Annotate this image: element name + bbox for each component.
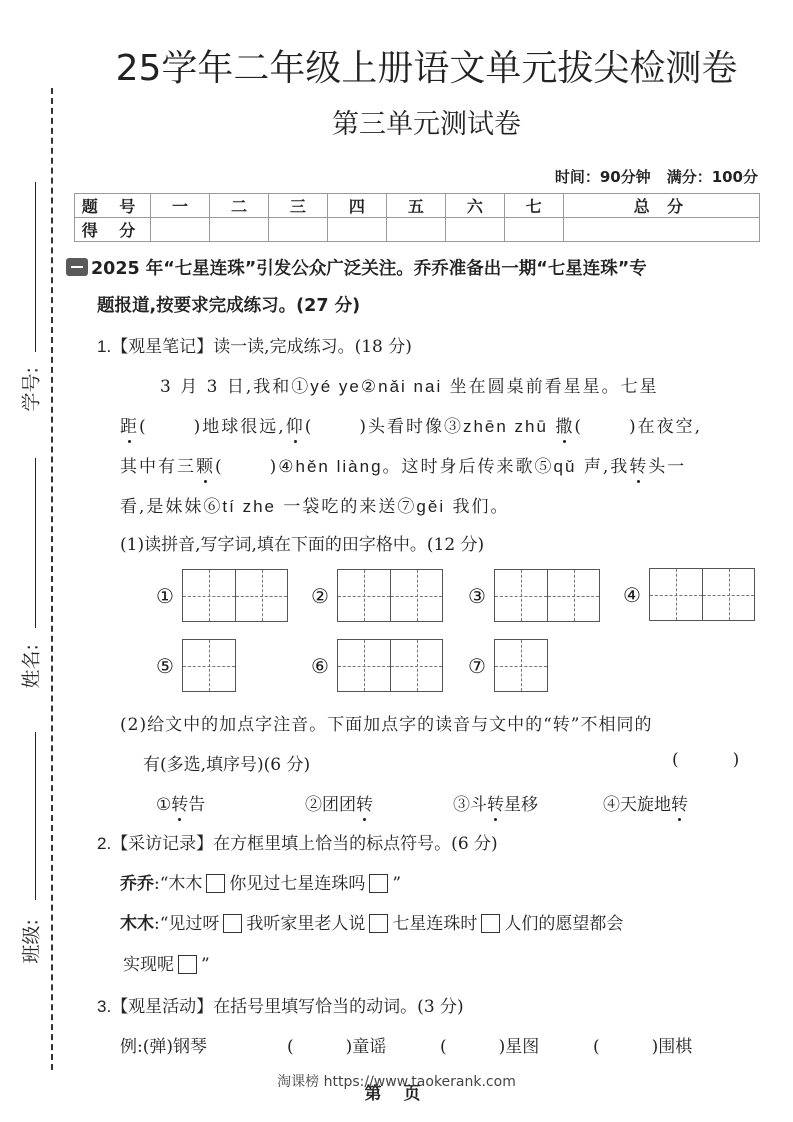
- q2-heading: 2.【采访记录】在方框里填上恰当的标点符号。(6 分): [97, 829, 498, 854]
- section1-intro-line2: 题报道,按要求完成练习。(27 分): [97, 292, 360, 317]
- col-4: 四: [327, 194, 386, 218]
- tianzige-group-4: ④: [621, 568, 755, 621]
- score-table-score-row: 得 分: [75, 218, 760, 242]
- time-limit: 时间：90分钟: [555, 168, 651, 186]
- option-3[interactable]: ③斗转星移: [453, 790, 538, 815]
- passage-line-4: 看,是妹妹⑥tí zhe 一袋吃的来送⑦gěi 我们。: [120, 492, 510, 517]
- tianzige-grid[interactable]: [649, 568, 755, 621]
- punctuation-box[interactable]: [481, 914, 500, 933]
- passage-line-1: 3 月 3 日,我和①yé ye②nǎi nai 坐在圆桌前看星星。七星: [160, 372, 659, 397]
- q2-qiaoqiao-line: 乔乔:“木木你见过七星连珠吗”: [120, 869, 401, 894]
- score-table-header-row: 题 号 一 二 三 四 五 六 七 总 分: [75, 194, 760, 218]
- q3-heading: 3.【观星活动】在括号里填写恰当的动词。(3 分): [97, 992, 464, 1017]
- section1-intro-line1: 2025 年“七星连珠”引发公众广泛关注。乔乔准备出一期“七星连珠”专: [66, 255, 647, 280]
- dotted-char: 仰: [286, 412, 305, 437]
- punctuation-box[interactable]: [178, 955, 197, 974]
- speaker-mumu: 木木: [120, 914, 154, 934]
- q3-item-2: ()星图: [440, 1032, 539, 1057]
- name-label: 姓名:: [17, 649, 44, 689]
- punctuation-box[interactable]: [223, 914, 242, 933]
- dotted-char: 颗: [196, 452, 215, 477]
- score-cell-4[interactable]: [327, 218, 386, 242]
- tianzige-group-6: ⑥: [309, 639, 443, 692]
- tianzige-group-7: ⑦: [466, 639, 548, 692]
- page-subtitle: 第三单元测试卷: [60, 102, 793, 141]
- speaker-qiaoqiao: 乔乔: [120, 874, 154, 894]
- dotted-char: 撒: [555, 412, 574, 437]
- tianzige-group-5: ⑤: [154, 639, 236, 692]
- col-total: 总 分: [563, 194, 759, 218]
- student-no-rule: [35, 182, 36, 352]
- row-label-score: 得 分: [75, 218, 151, 242]
- tianzige-grid[interactable]: [494, 639, 548, 692]
- q1-sub1-prompt: (1)读拼音,写字词,填在下面的田字格中。(12 分): [120, 530, 484, 555]
- col-1: 一: [151, 194, 210, 218]
- class-rule: [35, 732, 36, 900]
- option-2[interactable]: ②团团转: [305, 790, 373, 815]
- score-cell-6[interactable]: [445, 218, 504, 242]
- q3-item-3: ()围棋: [593, 1032, 692, 1057]
- q2-mumu-line-cont: 实现呢”: [123, 950, 210, 975]
- col-5: 五: [386, 194, 445, 218]
- page-number: 第 页: [0, 1079, 793, 1104]
- score-cell-2[interactable]: [209, 218, 268, 242]
- q2-mumu-line: 木木:“见过呀我听家里老人说七星连珠时人们的愿望都会: [120, 909, 623, 934]
- tianzige-grid[interactable]: [494, 569, 600, 622]
- dotted-char: 转: [629, 452, 648, 477]
- tianzige-grid[interactable]: [337, 569, 443, 622]
- section-marker-icon: [66, 258, 88, 276]
- student-no-label: 学号:: [17, 372, 44, 412]
- option-1[interactable]: ①转告: [156, 790, 205, 815]
- class-label: 班级:: [17, 924, 44, 964]
- score-cell-3[interactable]: [268, 218, 327, 242]
- col-7: 七: [504, 194, 563, 218]
- name-rule: [35, 458, 36, 628]
- tianzige-grid[interactable]: [182, 569, 288, 622]
- punctuation-box[interactable]: [369, 914, 388, 933]
- score-cell-total[interactable]: [563, 218, 759, 242]
- score-cell-1[interactable]: [151, 218, 210, 242]
- row-label-question-no: 题 号: [75, 194, 151, 218]
- q1-sub2-prompt-line1: (2)给文中的加点字注音。下面加点字的读音与文中的“转”不相同的: [120, 710, 652, 735]
- punctuation-box[interactable]: [369, 874, 388, 893]
- page-title: 25学年二年级上册语文单元拔尖检测卷: [60, 40, 793, 91]
- score-cell-7[interactable]: [504, 218, 563, 242]
- score-table: 题 号 一 二 三 四 五 六 七 总 分 得 分: [74, 193, 760, 242]
- punctuation-box[interactable]: [206, 874, 225, 893]
- q1-sub2-prompt-line2: 有(多选,填序号)(6 分): [143, 750, 310, 775]
- full-score: 满分：100分: [667, 168, 758, 186]
- tianzige-group-1: ①: [154, 569, 288, 622]
- q3-item-1: ()童谣: [287, 1032, 386, 1057]
- exam-meta: 时间：90分钟满分：100分: [555, 166, 758, 187]
- passage-line-2: 距()地球很远,仰()头看时像③zhēn zhū 撒()在夜空,: [120, 412, 702, 437]
- dotted-char: 距: [120, 412, 139, 437]
- q1-heading: 1.【观星笔记】读一读,完成练习。(18 分): [97, 332, 412, 357]
- col-6: 六: [445, 194, 504, 218]
- option-4[interactable]: ④天旋地转: [603, 790, 688, 815]
- tianzige-grid[interactable]: [182, 639, 236, 692]
- tianzige-group-2: ②: [309, 569, 443, 622]
- passage-line-3: 其中有三颗()④hěn liàng。这时身后传来歌⑤qǔ 声,我转头一: [120, 452, 686, 477]
- q3-example: 例:(弹)钢琴: [120, 1032, 207, 1057]
- tianzige-group-3: ③: [466, 569, 600, 622]
- binding-dashed-line: [51, 88, 53, 1070]
- col-3: 三: [268, 194, 327, 218]
- tianzige-grid[interactable]: [337, 639, 443, 692]
- answer-paren[interactable]: ( ): [672, 750, 739, 770]
- col-2: 二: [209, 194, 268, 218]
- score-cell-5[interactable]: [386, 218, 445, 242]
